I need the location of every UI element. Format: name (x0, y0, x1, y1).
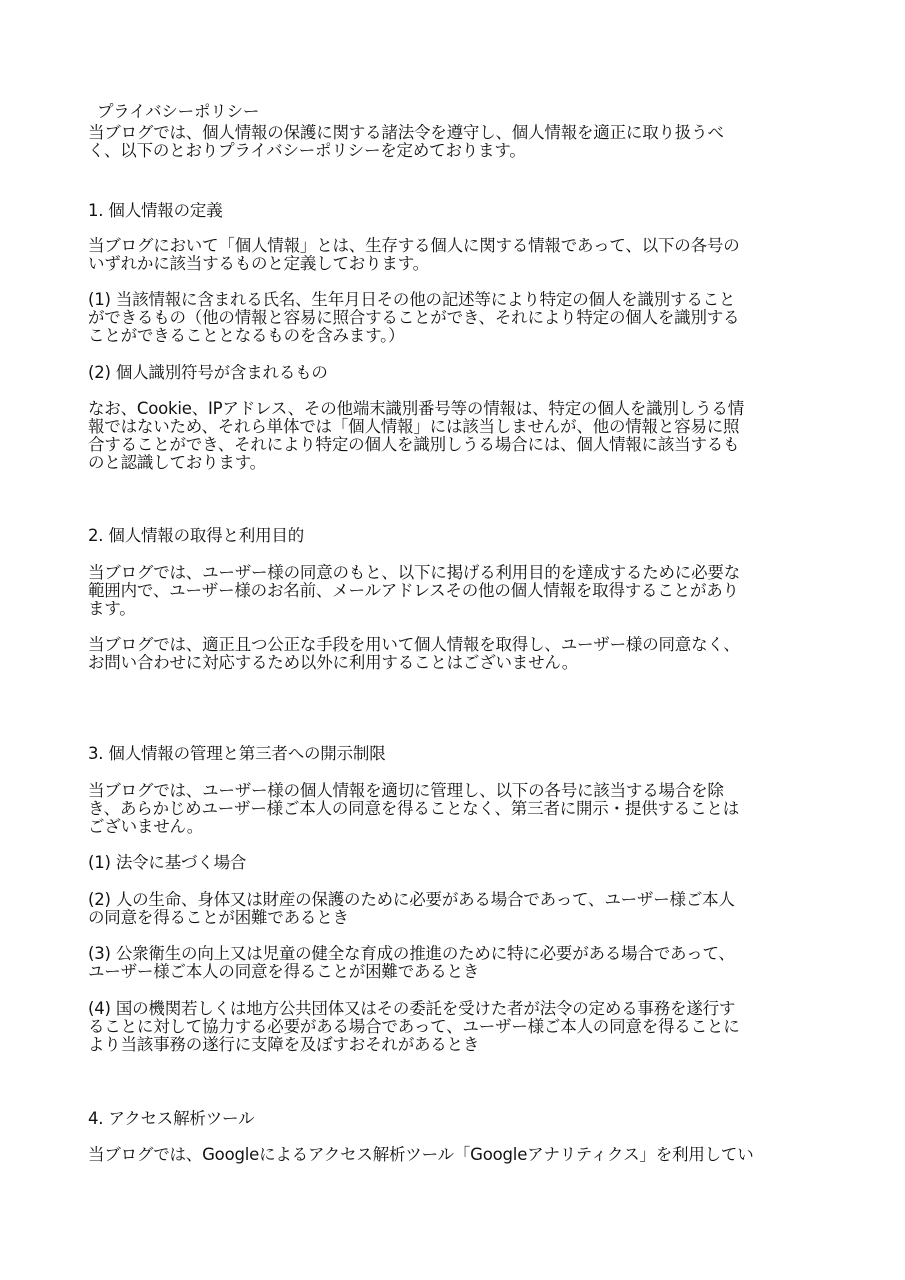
section-heading: 1. 個人情報の定義 (88, 202, 223, 220)
paragraph-line: 範囲内で、ユーザー様のお名前、メールアドレスその他の個人情報を取得することがあり (88, 582, 739, 600)
paragraph-line: (1) 当該情報に含まれる氏名、生年月日その他の記述等により特定の個人を識別する… (88, 291, 735, 309)
page-title: プライバシーポリシー (97, 103, 259, 121)
paragraph-line: 当ブログでは、Googleによるアクセス解析ツール「Googleアナリティクス」… (88, 1146, 754, 1164)
paragraph-line: 当ブログでは、適正且つ公正な手段を用いて個人情報を取得し、ユーザー様の同意なく、 (88, 636, 740, 654)
paragraph-line: (4) 国の機関若しくは地方公共団体又はその委託を受けた者が法令の定める事務を遂… (88, 1000, 735, 1018)
section-heading: 4. アクセス解析ツール (88, 1110, 254, 1128)
intro-line: く、以下のとおりプライバシーポリシーを定めております。 (88, 142, 526, 160)
paragraph-line: き、あらかじめユーザー様ご本人の同意を得ることなく、第三者に開示・提供することは (88, 800, 739, 818)
paragraph-line: 報ではないため、それら単体では「個人情報」には該当しませんが、他の情報と容易に照 (88, 418, 739, 436)
paragraph-line: (2) 個人識別符号が含まれるもの (88, 364, 328, 382)
intro-line: 当ブログでは、個人情報の保護に関する諸法令を遵守し、個人情報を適正に取り扱うべ (88, 124, 724, 142)
paragraph-line: ができるもの（他の情報と容易に照合することができ、それにより特定の個人を識別する (88, 309, 739, 327)
paragraph-line: お問い合わせに対応するため以外に利用することはございません。 (88, 654, 578, 672)
paragraph-line: の同意を得ることが困難であるとき (88, 909, 349, 927)
paragraph-line: より当該事務の遂行に支障を及ぼすおそれがあるとき (88, 1036, 479, 1054)
paragraph-line: (1) 法令に基づく場合 (88, 854, 246, 872)
paragraph-line: 当ブログにおいて「個人情報」とは、生存する個人に関する情報であって、以下の各号の (88, 237, 740, 255)
paragraph-line: (3) 公衆衛生の向上又は児童の健全な育成の推進のために特に必要がある場合であっ… (88, 945, 735, 963)
paragraph-line: ることに対して協力する必要がある場合であって、ユーザー様ご本人の同意を得ることに (88, 1018, 740, 1036)
paragraph-line: なお、Cookie、IPアドレス、その他端末識別番号等の情報は、特定の個人を識別… (88, 400, 744, 418)
paragraph-line: ございません。 (88, 818, 203, 836)
paragraph-line: 合することができ、それにより特定の個人を識別しうる場合には、個人情報に該当するも (88, 436, 739, 454)
paragraph-line: のと認識しております。 (88, 454, 266, 472)
section-heading: 3. 個人情報の管理と第三者への開示制限 (88, 745, 386, 763)
paragraph-line: (2) 人の生命、身体又は財産の保護のために必要がある場合であって、ユーザー様ご… (88, 891, 735, 909)
section-heading: 2. 個人情報の取得と利用目的 (88, 527, 304, 545)
paragraph-line: ます。 (88, 600, 136, 618)
paragraph-line: いずれかに該当するものと定義しております。 (88, 255, 429, 273)
paragraph-line: ユーザー様ご本人の同意を得ることが困難であるとき (88, 963, 479, 981)
paragraph-line: ことができることとなるものを含みます。） (88, 327, 404, 345)
paragraph-line: 当ブログでは、ユーザー様の同意のもと、以下に掲げる利用目的を達成するために必要な (88, 564, 740, 582)
paragraph-line: 当ブログでは、ユーザー様の個人情報を適切に管理し、以下の各号に該当する場合を除 (88, 782, 724, 800)
